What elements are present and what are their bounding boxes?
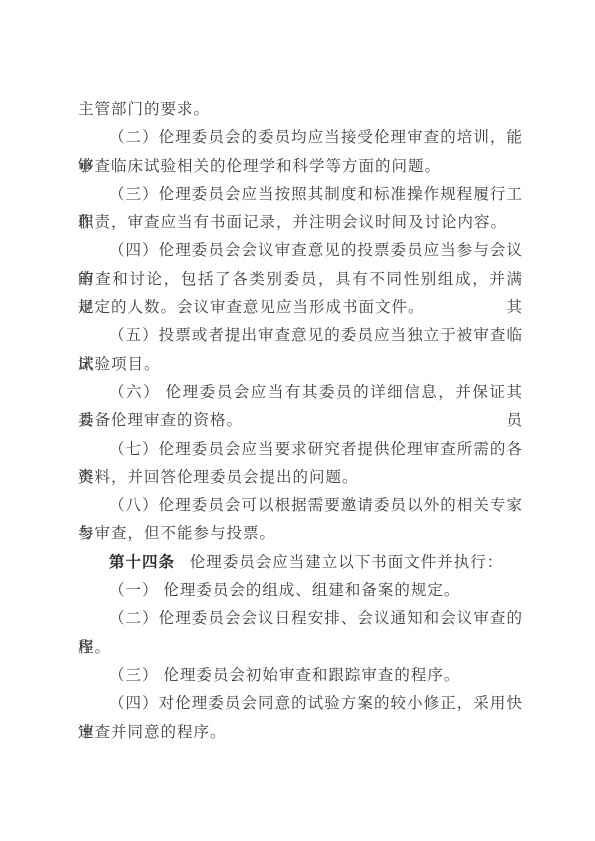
text-line: 职责，审查应当有书面记录，并注明会议时间及讨论内容。 — [78, 209, 523, 237]
text-line: 主管部门的要求。 — [78, 96, 523, 124]
text-line: （五）投票或者提出审查意见的委员应当独立于被审查临床 — [78, 322, 523, 350]
text-line: （三）伦理委员会应当按照其制度和标准操作规程履行工作 — [78, 181, 523, 209]
text-line: 资料，并回答伦理委员会提出的问题。 — [78, 464, 523, 492]
text-line: 审查临床试验相关的伦理学和科学等方面的问题。 — [78, 153, 523, 181]
text-line: （六） 伦理委员会应当有其委员的详细信息，并保证其委员 — [78, 379, 523, 407]
text-line: （二）伦理委员会的委员均应当接受伦理审查的培训，能够 — [78, 124, 523, 152]
document-page: 主管部门的要求。 （二）伦理委员会的委员均应当接受伦理审查的培训，能够 审查临床… — [0, 0, 595, 841]
document-body: 主管部门的要求。 （二）伦理委员会的委员均应当接受伦理审查的培训，能够 审查临床… — [78, 96, 523, 747]
text-line: （八）伦理委员会可以根据需要邀请委员以外的相关专家参 — [78, 492, 523, 520]
text-line: （四）伦理委员会会议审查意见的投票委员应当参与会议的 — [78, 237, 523, 265]
article-heading-text: 伦理委员会应当建立以下书面文件并执行： — [190, 554, 504, 571]
text-line: （四）对伦理委员会同意的试验方案的较小修正，采用快速 — [78, 690, 523, 718]
text-line: （七）伦理委员会应当要求研究者提供伦理审查所需的各类 — [78, 436, 523, 464]
text-line: （二）伦理委员会会议日程安排、会议通知和会议审查的程 — [78, 605, 523, 633]
text-line: 与审查，但不能参与投票。 — [78, 520, 523, 548]
text-line: （一） 伦理委员会的组成、组建和备案的规定。 — [78, 577, 523, 605]
text-line: （三） 伦理委员会初始审查和跟踪审查的程序。 — [78, 662, 523, 690]
article-number: 第十四条 — [109, 554, 175, 571]
article-heading-line: 第十四条伦理委员会应当建立以下书面文件并执行： — [78, 549, 523, 577]
text-line: 审查并同意的程序。 — [78, 719, 523, 747]
text-line: 试验项目。 — [78, 351, 523, 379]
text-line: 审查和讨论，包括了各类别委员，具有不同性别组成，并满足其 — [78, 266, 523, 294]
text-line: 序。 — [78, 634, 523, 662]
